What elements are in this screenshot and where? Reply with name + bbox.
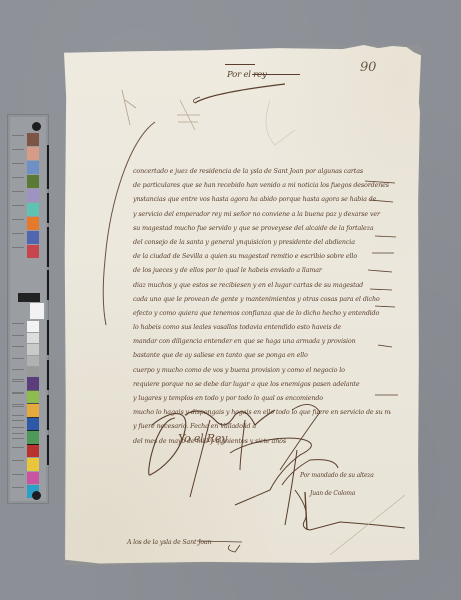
body-line: requiere porque no se debe dar lugar a q… (133, 377, 391, 391)
body-line: cuerpo y mucho como de vos y buena provi… (133, 363, 391, 377)
body-line: mucho lo hagais y dispongais y hagais en… (133, 405, 391, 419)
body-line: del mes de mayo de mill y quinientos y s… (133, 434, 391, 448)
body-line: del consejo de la santa y general ynquis… (133, 235, 391, 249)
body-line: efecto y como quiera que tenemos confian… (133, 306, 391, 320)
body-line: bastante que de ay saliese en tanto que … (133, 348, 391, 362)
body-line: cada uno que le provean de gente y mante… (133, 292, 391, 306)
body-line: de la ciudad de Sevilla a quien su mages… (133, 249, 391, 263)
countersignature: Juan de Coloma (310, 490, 355, 497)
body-line: de los jueces y de ellos por lo qual le … (133, 263, 391, 277)
letter-address: A los de la ysla de Sant Joan (127, 539, 211, 546)
body-line: ynstancias que entre vos hasta agora ha … (133, 192, 391, 206)
secretary-attestation: Por mandado de su alteza (300, 472, 374, 479)
letter-body: concertado e juez de residencia de la ys… (133, 164, 391, 448)
body-line: concertado e juez de residencia de la ys… (133, 164, 391, 178)
body-line: de particulares que se han recebido han … (133, 178, 391, 192)
body-line: diaz muchos y que estos se recibiesen y … (133, 278, 391, 292)
body-line: y fuere necesario. Fecha en Valladolid a (133, 419, 391, 433)
royal-signature: Yo el Rey (178, 432, 227, 445)
body-line: y servicio del emperador rey mi señor no… (133, 207, 391, 221)
body-line: su magestad mucho fue servido y que se p… (133, 221, 391, 235)
body-line: mandar con diligencia entender en que se… (133, 334, 391, 348)
body-line: y lugares y templos en todo y por todo l… (133, 391, 391, 405)
body-line: lo habeis como sus leales vasallos todav… (133, 320, 391, 334)
